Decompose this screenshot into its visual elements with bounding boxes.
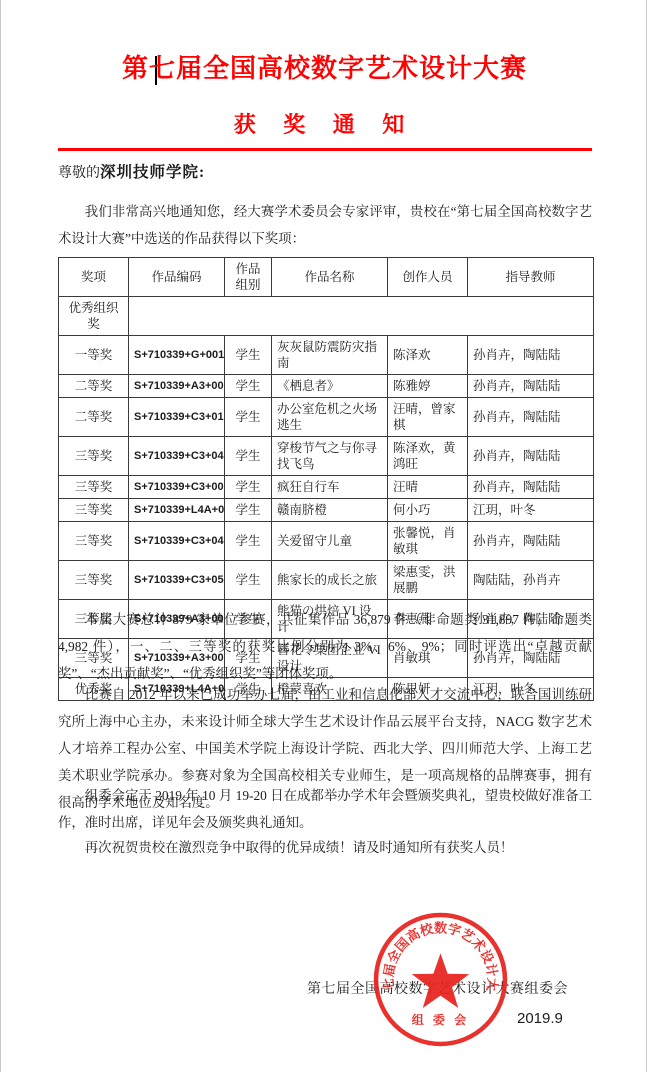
creators-cell: 汪晴 — [388, 476, 468, 499]
code-cell: S+710339+C3+053 — [129, 561, 225, 600]
creators-cell: 陈泽欢，黄鸿旺 — [388, 437, 468, 476]
creators-cell: 陈雅婷 — [388, 375, 468, 398]
header-code: 作品编码 — [129, 258, 225, 297]
creators-cell: 汪晴，曾家棋 — [388, 398, 468, 437]
name-cell: 熊家长的成长之旅 — [272, 561, 388, 600]
advisors-cell: 孙肖卉，陶陆陆 — [468, 522, 594, 561]
group-cell: 学生 — [225, 561, 272, 600]
group-cell: 学生 — [225, 499, 272, 522]
code-cell: S+710339+A3+001 — [129, 375, 225, 398]
creators-cell: 梁惠雯，洪展鹏 — [388, 561, 468, 600]
award-cell: 优秀组织奖 — [59, 297, 129, 336]
table-row: 优秀组织奖 — [59, 297, 594, 336]
code-cell: S+710339+C3+002 — [129, 476, 225, 499]
name-cell: 穿梭节气之与你寻找飞鸟 — [272, 437, 388, 476]
award-cell: 三等奖 — [59, 437, 129, 476]
name-cell: 《栖息者》 — [272, 375, 388, 398]
name-cell: 赣南脐橙 — [272, 499, 388, 522]
header-name: 作品名称 — [272, 258, 388, 297]
table-row: 二等奖 S+710339+A3+001 学生 《栖息者》 陈雅婷 孙肖卉，陶陆陆 — [59, 375, 594, 398]
table-row: 三等奖 S+710339+L4A+018 学生 赣南脐橙 何小巧 江玥，叶冬 — [59, 499, 594, 522]
name-cell: 疯狂自行车 — [272, 476, 388, 499]
name-cell: 灰灰鼠防震防灾指南 — [272, 336, 388, 375]
intro-paragraph: 我们非常高兴地通知您，经大赛学术委员会专家评审，贵校在“第七届全国高校数字艺术设… — [58, 198, 592, 252]
seal-bottom-text: 组 委 会 — [412, 1012, 469, 1027]
code-cell: S+710339+C3+049 — [129, 437, 225, 476]
advisors-cell: 孙肖卉，陶陆陆 — [468, 336, 594, 375]
merged-empty-cell — [129, 297, 594, 336]
code-cell: S+710339+C3+017 — [129, 398, 225, 437]
header-advisors: 指导教师 — [468, 258, 594, 297]
code-cell: S+710339+L4A+018 — [129, 499, 225, 522]
group-cell: 学生 — [225, 336, 272, 375]
creators-cell: 何小巧 — [388, 499, 468, 522]
header-creators: 创作人员 — [388, 258, 468, 297]
table-row: 三等奖 S+710339+C3+049 学生 穿梭节气之与你寻找飞鸟 陈泽欢，黄… — [59, 437, 594, 476]
table-header-row: 奖项 作品编码 作品组别 作品名称 创作人员 指导教师 — [59, 258, 594, 297]
document-title: 第七届全国高校数字艺术设计大赛 — [1, 53, 647, 85]
header-group: 作品组别 — [225, 258, 272, 297]
group-cell: 学生 — [225, 437, 272, 476]
recipient-name: 深圳技师学院: — [100, 164, 205, 181]
code-cell: S+710339+G+001 — [129, 336, 225, 375]
award-cell: 三等奖 — [59, 476, 129, 499]
stats-paragraph: 本届大赛总计 879 家单位参赛，共征集作品 36,879 件（非命题类 31,… — [58, 606, 592, 687]
award-cell: 一等奖 — [59, 336, 129, 375]
official-seal: 第七届全国高校数字艺术设计大赛 组 委 会 — [370, 909, 511, 1050]
table-row: 一等奖 S+710339+G+001 学生 灰灰鼠防震防灾指南 陈泽欢 孙肖卉，… — [59, 336, 594, 375]
advisors-cell: 孙肖卉，陶陆陆 — [468, 398, 594, 437]
code-cell: S+710339+C3+048 — [129, 522, 225, 561]
document-date: 2019.9 — [517, 1010, 563, 1027]
award-cell: 三等奖 — [59, 499, 129, 522]
award-cell: 二等奖 — [59, 398, 129, 437]
document-subtitle: 获 奖 通 知 — [1, 111, 647, 139]
congrats-paragraph: 再次祝贺贵校在激烈竞争中取得的优异成绩！请及时通知所有获奖人员！ — [58, 834, 592, 861]
header-divider-rule — [58, 148, 592, 151]
creators-cell: 陈泽欢 — [388, 336, 468, 375]
document-page[interactable]: 第七届全国高校数字艺术设计大赛 获 奖 通 知 尊敬的深圳技师学院: 我们非常高… — [0, 0, 647, 1072]
name-cell: 办公室危机之火场逃生 — [272, 398, 388, 437]
table-row: 三等奖 S+710339+C3+048 学生 关爱留守儿童 张馨悦，肖敏琪 孙肖… — [59, 522, 594, 561]
seal-star-icon — [412, 953, 469, 1008]
group-cell: 学生 — [225, 522, 272, 561]
creators-cell: 张馨悦，肖敏琪 — [388, 522, 468, 561]
greeting-line: 尊敬的深圳技师学院: — [58, 162, 592, 185]
advisors-cell: 陶陆陆，孙肖卉 — [468, 561, 594, 600]
award-cell: 三等奖 — [59, 561, 129, 600]
table-row: 三等奖 S+710339+C3+053 学生 熊家长的成长之旅 梁惠雯，洪展鹏 … — [59, 561, 594, 600]
advisors-cell: 孙肖卉，陶陆陆 — [468, 375, 594, 398]
greeting-prefix: 尊敬的 — [58, 166, 100, 181]
header-award: 奖项 — [59, 258, 129, 297]
table-row: 二等奖 S+710339+C3+017 学生 办公室危机之火场逃生 汪晴，曾家棋… — [59, 398, 594, 437]
table-row: 三等奖 S+710339+C3+002 学生 疯狂自行车 汪晴 孙肖卉，陶陆陆 — [59, 476, 594, 499]
group-cell: 学生 — [225, 476, 272, 499]
advisors-cell: 江玥，叶冬 — [468, 499, 594, 522]
advisors-cell: 孙肖卉，陶陆陆 — [468, 476, 594, 499]
ceremony-paragraph: 组委会定于 2019 年 10 月 19-20 日在成都举办学术年会暨颁奖典礼，… — [58, 782, 592, 836]
award-cell: 三等奖 — [59, 522, 129, 561]
group-cell: 学生 — [225, 398, 272, 437]
group-cell: 学生 — [225, 375, 272, 398]
name-cell: 关爱留守儿童 — [272, 522, 388, 561]
advisors-cell: 孙肖卉，陶陆陆 — [468, 437, 594, 476]
award-cell: 二等奖 — [59, 375, 129, 398]
